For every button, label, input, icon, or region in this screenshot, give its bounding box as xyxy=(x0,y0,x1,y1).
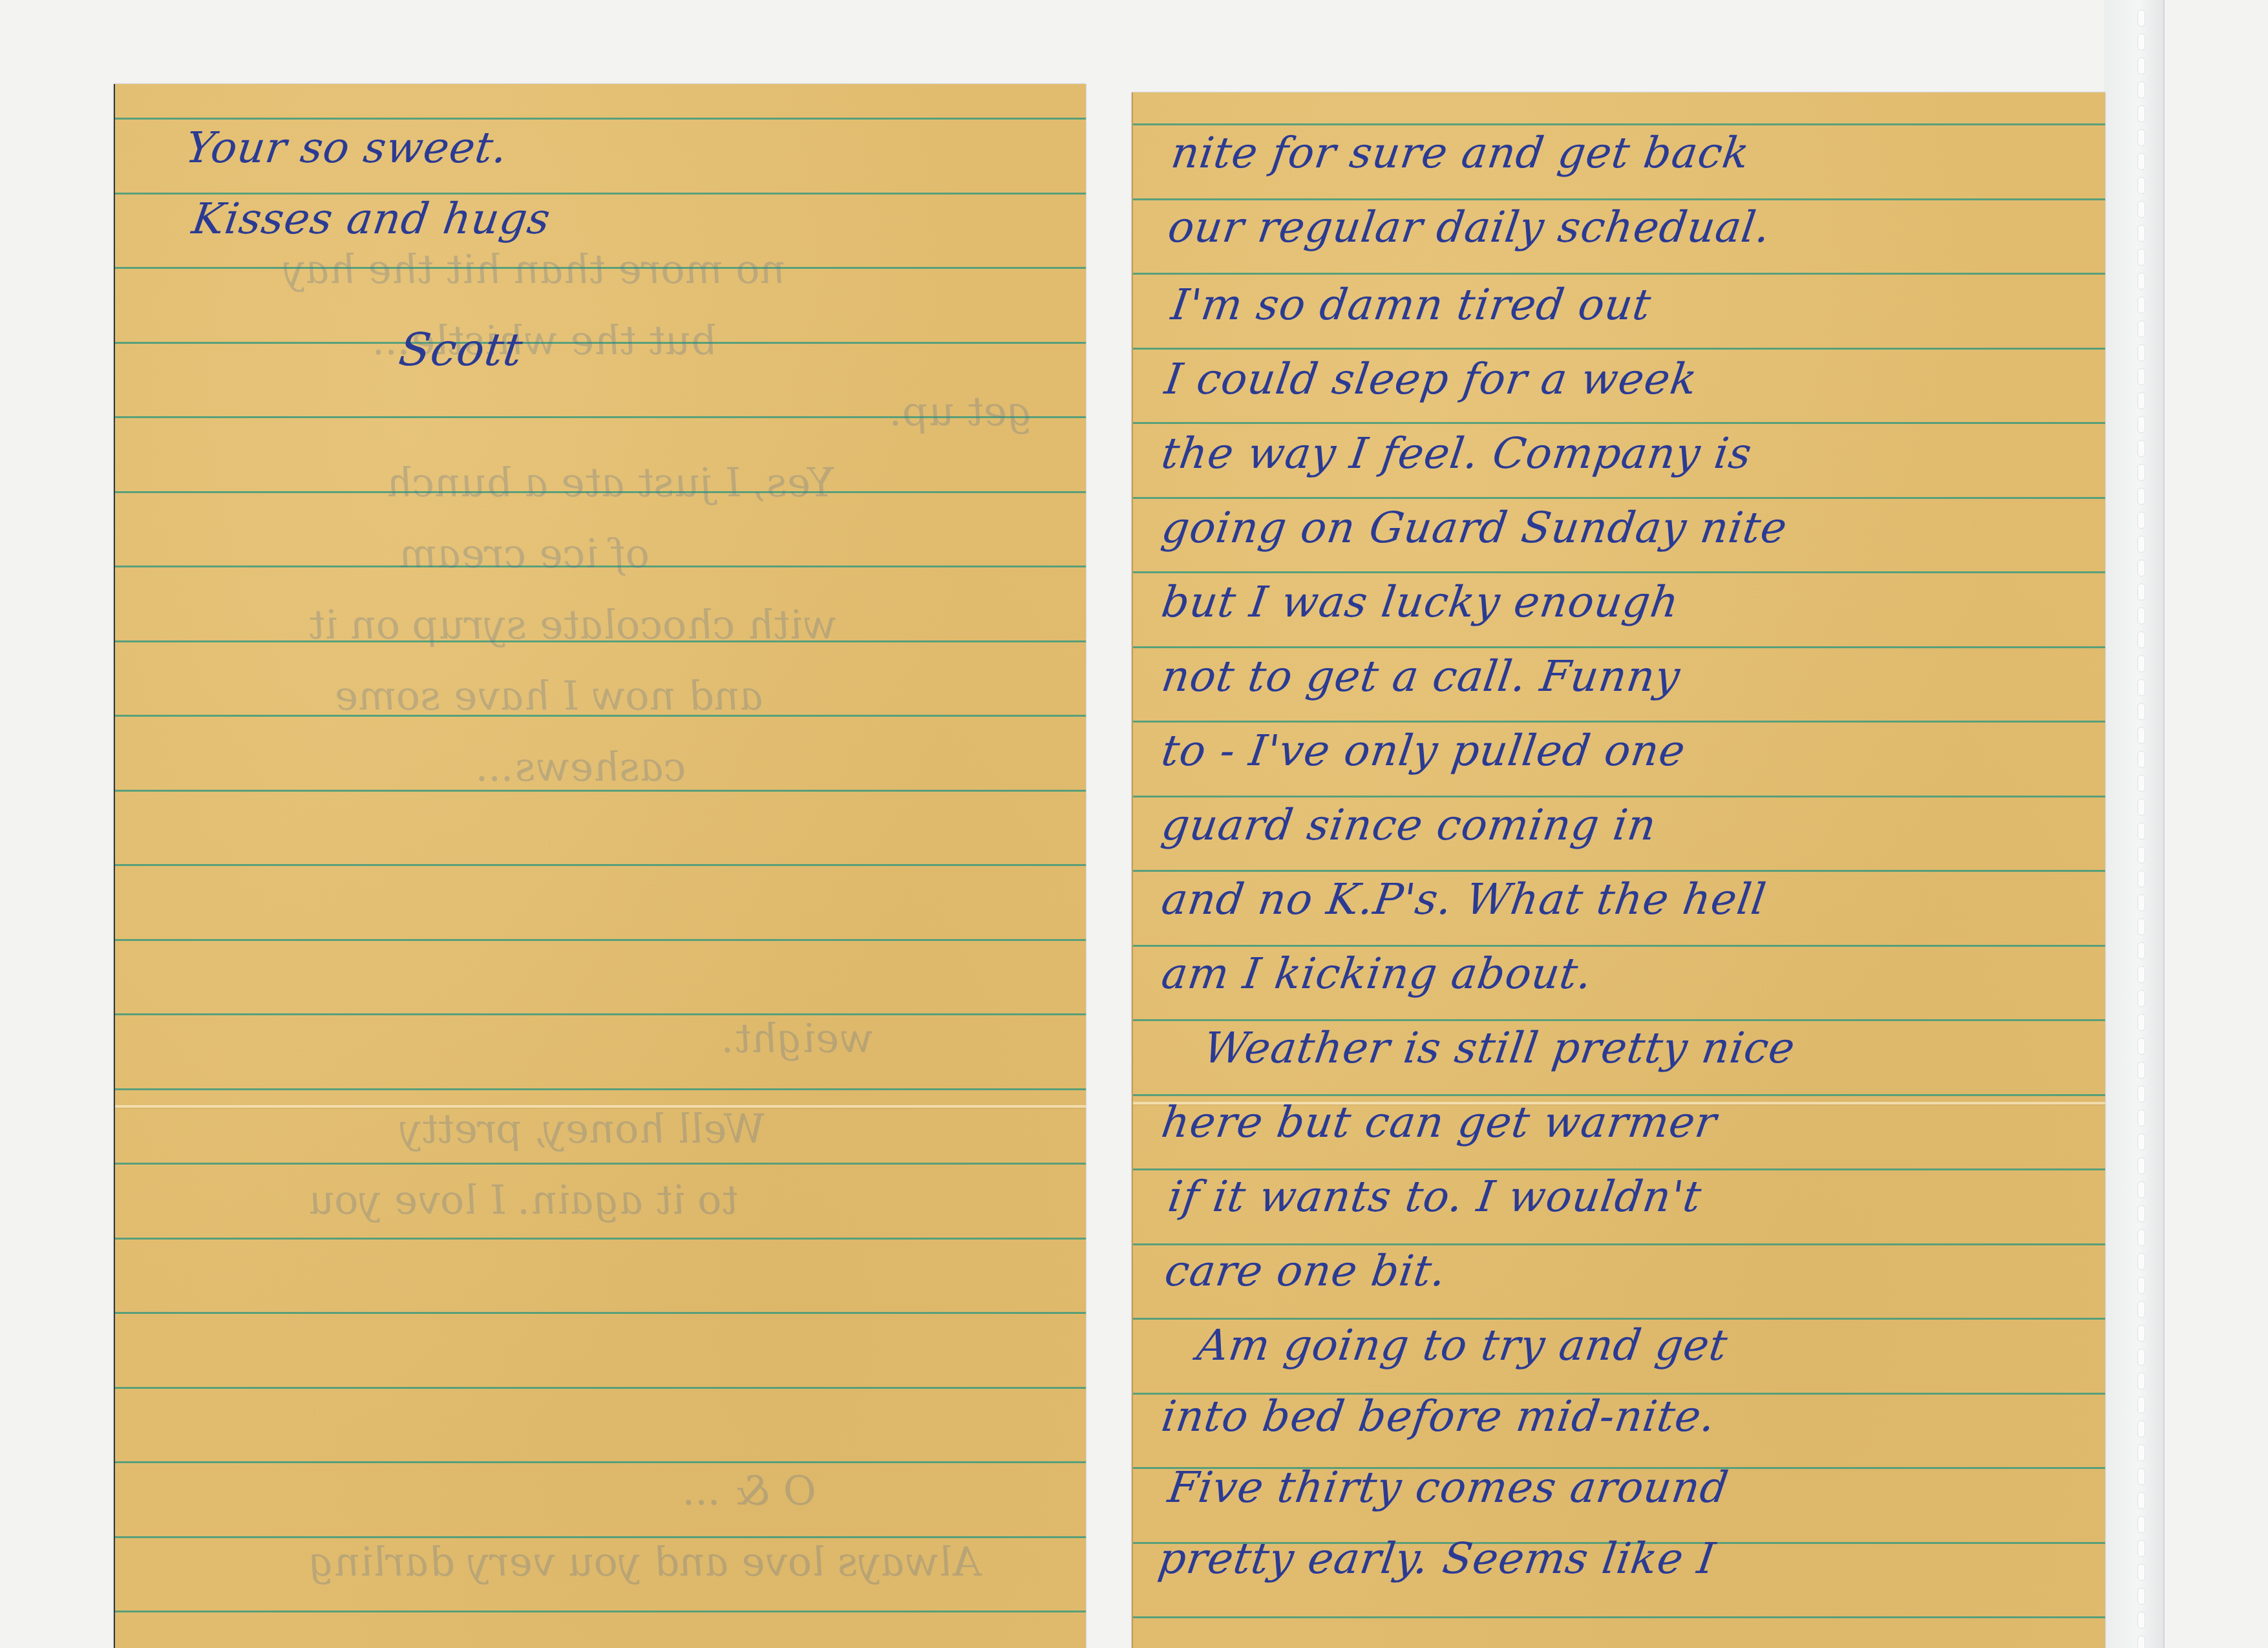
ruled-line xyxy=(1133,198,2105,200)
sleeve-stitch xyxy=(2137,1349,2145,1366)
show-through-line: Well honey, pretty xyxy=(396,1105,768,1152)
ruled-line xyxy=(1133,123,2105,125)
sleeve-stitch xyxy=(2137,799,2145,816)
sleeve-stitch xyxy=(2137,560,2145,576)
sleeve-stitch xyxy=(2137,847,2145,863)
sleeve-stitch xyxy=(2137,1038,2145,1055)
ruled-line xyxy=(115,1461,1086,1463)
sleeve-stitch xyxy=(2137,1373,2145,1389)
handwritten-line: guard since coming in xyxy=(1159,800,1660,850)
sleeve-stitch xyxy=(2137,775,2145,792)
handwritten-line: the way I feel. Company is xyxy=(1159,428,1755,478)
sleeve-stitch xyxy=(2137,1540,2145,1557)
ruled-line xyxy=(115,939,1086,941)
sleeve-stitch xyxy=(2137,536,2145,553)
sleeve-stitch xyxy=(2137,10,2145,26)
sleeve-stitch xyxy=(2137,249,2145,266)
sleeve-stitch xyxy=(2137,1421,2145,1437)
ruled-line xyxy=(1133,1318,2105,1320)
show-through-line: cashews... xyxy=(474,743,690,790)
show-through-line: O & ... xyxy=(681,1467,820,1514)
sleeve-stitch xyxy=(2137,1468,2145,1485)
ruled-line xyxy=(1133,1019,2105,1021)
sleeve-stitch xyxy=(2137,679,2145,696)
handwritten-line: here but can get warmer xyxy=(1159,1097,1720,1147)
ruled-line xyxy=(115,864,1086,866)
signature: Scott xyxy=(396,323,526,376)
ruled-line xyxy=(1133,721,2105,723)
ruled-line xyxy=(1133,1616,2105,1618)
sleeve-stitch xyxy=(2137,440,2145,457)
sleeve-stitch xyxy=(2137,1205,2145,1222)
sleeve-stitch xyxy=(2137,488,2145,505)
sleeve-stitch xyxy=(2137,1612,2145,1629)
sleeve-stitch xyxy=(2137,1086,2145,1103)
ruled-line xyxy=(1133,497,2105,499)
sleeve-stitch xyxy=(2137,368,2145,385)
sleeve-stitch xyxy=(2137,464,2145,481)
sleeve-stitch xyxy=(2137,34,2145,50)
sleeve-stitch xyxy=(2137,177,2145,194)
sleeve-stitch xyxy=(2137,129,2145,146)
handwritten-line: but I was lucky enough xyxy=(1159,577,1682,627)
sleeve-stitch xyxy=(2137,1181,2145,1198)
sleeve-stitch xyxy=(2137,392,2145,409)
show-through-line: Always love and you very darling xyxy=(306,1538,984,1585)
ruled-line xyxy=(1133,422,2105,424)
sleeve-stitch xyxy=(2137,607,2145,624)
sleeve-stitch xyxy=(2137,1564,2145,1581)
show-through-line: get up. xyxy=(887,388,1037,435)
sleeve-stitch xyxy=(2137,751,2145,768)
sleeve-stitch xyxy=(2137,81,2145,98)
sleeve-stitch xyxy=(2137,512,2145,529)
handwritten-line: and no K.P's. What the hell xyxy=(1159,874,1770,924)
show-through-line: of ice cream xyxy=(396,530,653,577)
handwritten-line: care one bit. xyxy=(1162,1246,1450,1296)
ruled-line xyxy=(115,1013,1086,1015)
ruled-line xyxy=(1133,1094,2105,1096)
sleeve-stitch xyxy=(2137,871,2145,887)
sleeve-stitch xyxy=(2137,631,2145,648)
sleeve-stitch xyxy=(2137,1397,2145,1413)
ruled-line xyxy=(1133,348,2105,350)
plastic-sleeve-edge xyxy=(2104,0,2165,1648)
handwritten-line: Kisses and hugs xyxy=(189,194,554,244)
sleeve-stitch xyxy=(2137,58,2145,74)
sleeve-stitch xyxy=(2137,321,2145,337)
sleeve-stitch xyxy=(2137,1444,2145,1461)
ruled-line xyxy=(1133,646,2105,648)
ruled-line xyxy=(115,1387,1086,1389)
ruled-line xyxy=(115,1611,1086,1612)
show-through-line: and now I have some xyxy=(332,672,767,719)
sleeve-stitch xyxy=(2137,823,2145,840)
sleeve-stitch xyxy=(2137,297,2145,313)
sleeve-stitch xyxy=(2137,153,2145,170)
sleeve-stitch xyxy=(2137,942,2145,959)
sleeve-stitch xyxy=(2137,416,2145,433)
sleeve-stitch xyxy=(2137,344,2145,361)
sleeve-stitch xyxy=(2137,273,2145,290)
handwritten-line: Five thirty comes around xyxy=(1165,1463,1732,1512)
ruled-line xyxy=(1133,945,2105,947)
sleeve-stitch xyxy=(2137,584,2145,600)
sleeve-stitch xyxy=(2137,1636,2145,1648)
sleeve-stitch xyxy=(2137,966,2145,983)
handwritten-line: pretty early. Seems like I xyxy=(1156,1534,1719,1583)
letter-page-left: no more than hit the hay but the whistle… xyxy=(114,84,1086,1648)
ruled-line xyxy=(1133,1168,2105,1170)
sleeve-stitch xyxy=(2137,225,2145,242)
ruled-line xyxy=(115,1088,1086,1090)
ruled-line xyxy=(115,1312,1086,1314)
sleeve-stitch xyxy=(2137,1588,2145,1605)
ruled-line xyxy=(1133,571,2105,573)
sleeve-stitch xyxy=(2137,1301,2145,1318)
sleeve-stitch xyxy=(2137,1134,2145,1150)
sleeve-stitch xyxy=(2137,990,2145,1007)
show-through-line: Yes, I just ate a bunch xyxy=(383,459,838,506)
sleeve-stitch xyxy=(2137,1253,2145,1270)
sleeve-stitch xyxy=(2137,1229,2145,1246)
handwritten-line: to - I've only pulled one xyxy=(1159,726,1689,776)
sleeve-stitch xyxy=(2137,1277,2145,1294)
ruled-line xyxy=(115,1238,1086,1240)
handwritten-line: Your so sweet. xyxy=(183,123,511,173)
sleeve-stitch xyxy=(2137,1110,2145,1126)
handwritten-line: Am going to try and get xyxy=(1194,1320,1731,1370)
sleeve-stitch xyxy=(2137,105,2145,122)
show-through-line: to it again. I love you xyxy=(306,1176,742,1223)
sleeve-stitch xyxy=(2137,655,2145,672)
handwritten-line: into bed before mid-nite. xyxy=(1159,1391,1719,1441)
sleeve-stitch xyxy=(2137,1062,2145,1079)
sleeve-stitch xyxy=(2137,1014,2145,1031)
handwritten-line: I'm so damn tired out xyxy=(1169,280,1655,330)
ruled-line xyxy=(1133,1243,2105,1245)
show-through-line: no more than hit the hay xyxy=(280,246,789,293)
sleeve-stitch xyxy=(2137,1325,2145,1342)
handwritten-line: our regular daily schedual. xyxy=(1165,202,1774,252)
ruled-line xyxy=(1133,273,2105,275)
ruled-line xyxy=(115,1163,1086,1165)
handwritten-line: am I kicking about. xyxy=(1159,949,1596,998)
ruled-line xyxy=(1133,796,2105,798)
ruled-line xyxy=(1133,870,2105,872)
sleeve-stitch xyxy=(2137,703,2145,720)
ruled-line xyxy=(115,118,1086,120)
sleeve-stitch xyxy=(2137,894,2145,911)
sleeve-stitch xyxy=(2137,201,2145,218)
sleeve-stitch xyxy=(2137,1492,2145,1509)
sleeve-stitch xyxy=(2137,727,2145,744)
show-through-line: weight. xyxy=(719,1015,877,1062)
sleeve-stitch xyxy=(2137,1516,2145,1533)
show-through-line: with chocolate syrup on it xyxy=(306,601,840,648)
handwritten-line: nite for sure and get back xyxy=(1169,128,1753,178)
sleeve-stitch xyxy=(2137,918,2145,935)
handwritten-line: not to get a call. Funny xyxy=(1159,651,1684,701)
letter-page-right: nite for sure and get back our regular d… xyxy=(1132,92,2105,1648)
handwritten-line: Weather is still pretty nice xyxy=(1201,1023,1799,1073)
handwritten-line: if it wants to. I wouldn't xyxy=(1165,1172,1705,1221)
handwritten-line: I could sleep for a week xyxy=(1162,354,1701,404)
handwritten-line: going on Guard Sunday nite xyxy=(1159,503,1791,553)
sleeve-stitch xyxy=(2137,1157,2145,1174)
